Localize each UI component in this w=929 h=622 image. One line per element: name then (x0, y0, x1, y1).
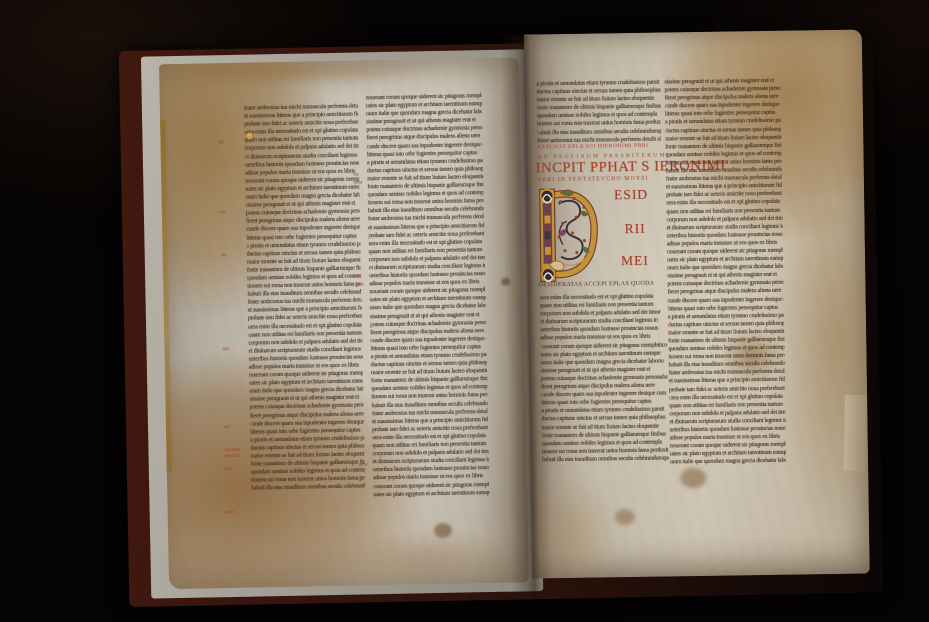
ink-spot (680, 468, 706, 488)
right-page-column-1-body: uera enim illa necessitudo est et xpi gl… (540, 292, 670, 464)
ink-spot (615, 509, 635, 525)
manuscript-book: frater ambrosius tua michi munuscula per… (93, 23, 888, 616)
initial-d-artwork (536, 185, 601, 284)
marginal-gloss: ion (222, 347, 229, 353)
marginal-gloss: qd (219, 140, 224, 146)
explicit-rubric-line-1: EXPLICIT EPLA SCI HIERONIMI PBRI (537, 143, 648, 151)
right-page-column-1-top: a piratis et uenundatus etiam tyranno cr… (536, 79, 661, 146)
manuscript-text-line: uates sic plato egyptum et architam tare… (373, 489, 489, 499)
marginal-gloss: act (355, 274, 361, 280)
incipit-subtitle: PBRI IN PENTATEVCHO MOYSI (538, 176, 649, 184)
marginal-gloss: apla (355, 282, 363, 288)
opening-capitals-line: DESIDERATAS ACCEPI EPLAS QUODA (538, 280, 668, 288)
marginal-gloss: leui (225, 467, 233, 473)
left-page-column-1: frater ambrosius tua michi munuscula per… (244, 102, 365, 493)
right-page-column-2: sissime peragrauit et ut qui athenis mag… (664, 77, 786, 467)
marginal-gloss: luc (353, 172, 359, 178)
stain-right-margin (774, 207, 869, 544)
marginal-gloss: apoc (359, 462, 369, 468)
marginal-gloss: sol (224, 425, 230, 431)
ink-spot (434, 523, 452, 538)
under-leaf-edge (844, 395, 867, 471)
ink-spot (501, 278, 510, 286)
marginal-gloss: psal (226, 510, 234, 516)
marginal-gloss: luc (221, 253, 227, 259)
manuscript-text-line: habuit illa etas inauditum omnibus secul… (542, 454, 669, 464)
marginal-gloss: regesta (225, 454, 239, 460)
manuscript-text-line: oram italie que quondam magna grecia dic… (670, 457, 786, 467)
stain-gutter-bottom (524, 471, 620, 578)
manuscript-text-line: habuit illa etas inauditum omnibus secul… (251, 483, 365, 493)
stain-bottom-margin (296, 525, 529, 589)
initial-caption-rii: RII (625, 221, 646, 237)
photo-stage: frater ambrosius tua michi munuscula per… (0, 0, 929, 622)
left-page: frater ambrosius tua michi munuscula per… (159, 57, 529, 589)
marginal-gloss: uli (220, 210, 225, 216)
initial-caption-esid: ESID (614, 187, 648, 204)
marginal-gloss: · (219, 155, 221, 161)
right-page: a piratis et uenundatus etiam tyranno cr… (524, 30, 870, 579)
left-page-column-2: nouerant coram quoque uiderent sic pitag… (366, 92, 490, 499)
initial-caption-mei: MEI (621, 253, 649, 269)
marginal-gloss: urba (353, 180, 362, 186)
illuminated-initial-d (536, 185, 601, 284)
